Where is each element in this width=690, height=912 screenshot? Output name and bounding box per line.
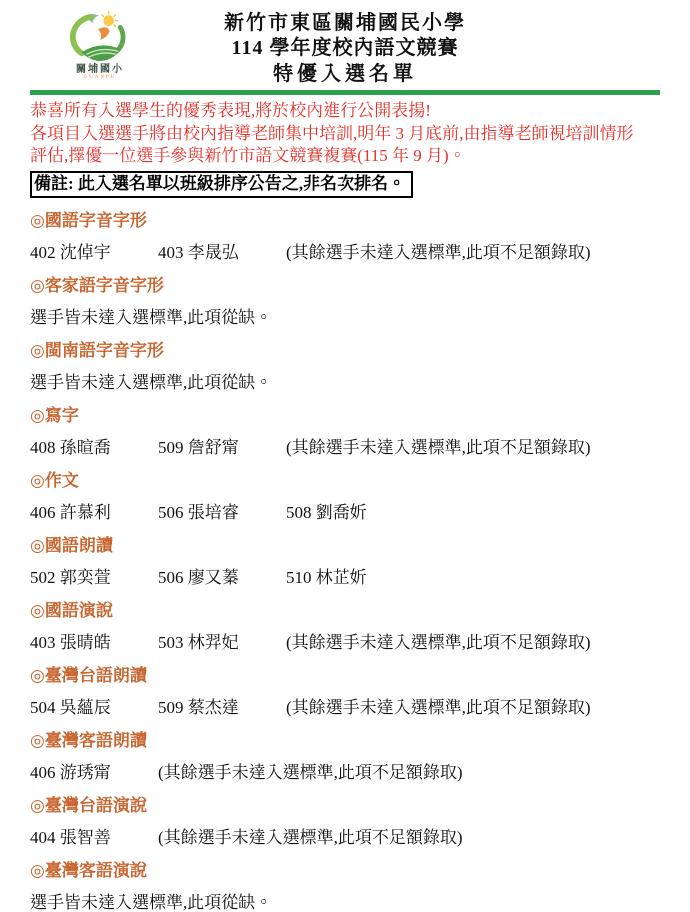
entry-class-number: 508 xyxy=(286,503,312,522)
document-header: 關埔國小 GUANPU 新竹市東區關埔國民小學 114 學年度校內語文競賽 特優… xyxy=(30,0,660,88)
section-vacant-text: 選手皆未達入選標準,此項從缺。 xyxy=(30,893,272,912)
entry-student-name: 劉喬妡 xyxy=(316,503,367,522)
section-result-row: 408 孫暄喬509 詹舒甯(其餘選手未達入選標準,此項不足額錄取) xyxy=(30,438,660,458)
section-result-row: 選手皆未達入選標準,此項從缺。 xyxy=(30,373,660,393)
entry-class-number: 402 xyxy=(30,243,56,262)
competition-section: ◎臺灣台語朗讀504 吳蘊辰509 蔡杰達(其餘選手未達入選標準,此項不足額錄取… xyxy=(30,666,660,718)
student-entry: 509 詹舒甯 xyxy=(158,438,286,458)
school-logo-icon xyxy=(48,10,152,64)
entry-class-number: 509 xyxy=(158,438,184,457)
section-remark: (其餘選手未達入選標準,此項不足額錄取) xyxy=(158,828,463,847)
competition-section: ◎臺灣客語演說選手皆未達入選標準,此項從缺。 xyxy=(30,861,660,912)
competition-section: ◎國語字音字形402 沈倬宇403 李晟弘(其餘選手未達入選標準,此項不足額錄取… xyxy=(30,211,660,263)
section-title: ◎作文 xyxy=(30,471,660,491)
section-title: ◎臺灣台語朗讀 xyxy=(30,666,660,686)
student-entry: 403 張晴皓 xyxy=(30,633,158,653)
entry-student-name: 蔡杰達 xyxy=(188,698,239,717)
entry-student-name: 張晴皓 xyxy=(60,633,111,652)
competition-section: ◎臺灣台語演說404 張智善(其餘選手未達入選標準,此項不足額錄取) xyxy=(30,796,660,848)
entry-class-number: 404 xyxy=(30,828,56,847)
entry-student-name: 廖又蓁 xyxy=(188,568,239,587)
section-result-row: 406 許慕利506 張培睿508 劉喬妡 xyxy=(30,503,660,523)
note-box: 備註: 此入選名單以班級排序公告之,非名次排名。 xyxy=(30,171,413,198)
entry-student-name: 李晟弘 xyxy=(188,243,239,262)
entry-class-number: 504 xyxy=(30,698,56,717)
entry-class-number: 506 xyxy=(158,568,184,587)
entry-class-number: 510 xyxy=(286,568,312,587)
student-entry: 503 林羿妃 xyxy=(158,633,286,653)
student-entry: 504 吳蘊辰 xyxy=(30,698,158,718)
section-result-row: 403 張晴皓503 林羿妃(其餘選手未達入選標準,此項不足額錄取) xyxy=(30,633,660,653)
competition-section: ◎臺灣客語朗讀406 游琇甯(其餘選手未達入選標準,此項不足額錄取) xyxy=(30,731,660,783)
school-logo-romanization: GUANPU xyxy=(48,75,152,81)
entry-class-number: 502 xyxy=(30,568,56,587)
section-result-row: 504 吳蘊辰509 蔡杰達(其餘選手未達入選標準,此項不足額錄取) xyxy=(30,698,660,718)
section-result-row: 選手皆未達入選標準,此項從缺。 xyxy=(30,308,660,328)
section-result-row: 402 沈倬宇403 李晟弘(其餘選手未達入選標準,此項不足額錄取) xyxy=(30,243,660,263)
entry-class-number: 406 xyxy=(30,763,56,782)
entry-student-name: 張培睿 xyxy=(188,503,239,522)
section-title: ◎國語字音字形 xyxy=(30,211,660,231)
competition-section: ◎寫字408 孫暄喬509 詹舒甯(其餘選手未達入選標準,此項不足額錄取) xyxy=(30,406,660,458)
document-page: 關埔國小 GUANPU 新竹市東區關埔國民小學 114 學年度校內語文競賽 特優… xyxy=(30,0,660,912)
school-logo: 關埔國小 GUANPU xyxy=(48,10,152,81)
entry-student-name: 許慕利 xyxy=(60,503,111,522)
entry-class-number: 406 xyxy=(30,503,56,522)
student-entry: 402 沈倬宇 xyxy=(30,243,158,263)
announcement-line: 評估,擇優一位選手參與新竹市語文競賽複賽(115 年 9 月)。 xyxy=(30,145,660,168)
student-entry: 510 林芷妡 xyxy=(286,568,414,588)
section-result-row: 404 張智善(其餘選手未達入選標準,此項不足額錄取) xyxy=(30,828,660,848)
entry-class-number: 403 xyxy=(158,243,184,262)
section-title: ◎臺灣客語演說 xyxy=(30,861,660,881)
student-entry: 508 劉喬妡 xyxy=(286,503,414,523)
section-remark: (其餘選手未達入選標準,此項不足額錄取) xyxy=(286,438,591,457)
school-logo-name: 關埔國小 xyxy=(48,64,152,75)
competition-section: ◎國語演說403 張晴皓503 林羿妃(其餘選手未達入選標準,此項不足額錄取) xyxy=(30,601,660,653)
entry-class-number: 506 xyxy=(158,503,184,522)
section-title: ◎寫字 xyxy=(30,406,660,426)
sections: ◎國語字音字形402 沈倬宇403 李晟弘(其餘選手未達入選標準,此項不足額錄取… xyxy=(30,211,660,912)
student-entry: 403 李晟弘 xyxy=(158,243,286,263)
student-entry: 502 郭奕萱 xyxy=(30,568,158,588)
section-result-row: 選手皆未達入選標準,此項從缺。 xyxy=(30,893,660,912)
section-remark: (其餘選手未達入選標準,此項不足額錄取) xyxy=(158,763,463,782)
announcement-line: 各項目入選選手將由校內指導老師集中培訓,明年 3 月底前,由指導老師視培訓情形 xyxy=(30,123,660,146)
section-title: ◎國語演說 xyxy=(30,601,660,621)
entry-student-name: 張智善 xyxy=(60,828,111,847)
section-vacant-text: 選手皆未達入選標準,此項從缺。 xyxy=(30,373,272,392)
entry-student-name: 郭奕萱 xyxy=(60,568,111,587)
entry-student-name: 詹舒甯 xyxy=(188,438,239,457)
green-divider xyxy=(30,90,660,95)
competition-section: ◎閩南語字音字形選手皆未達入選標準,此項從缺。 xyxy=(30,341,660,393)
section-title: ◎閩南語字音字形 xyxy=(30,341,660,361)
section-title: ◎客家語字音字形 xyxy=(30,276,660,296)
student-entry: 408 孫暄喬 xyxy=(30,438,158,458)
announcement-line: 恭喜所有入選學生的優秀表現,將於校內進行公開表揚! xyxy=(30,100,660,123)
competition-section: ◎國語朗讀502 郭奕萱506 廖又蓁510 林芷妡 xyxy=(30,536,660,588)
competition-section: ◎作文406 許慕利506 張培睿508 劉喬妡 xyxy=(30,471,660,523)
entry-student-name: 林芷妡 xyxy=(316,568,367,587)
section-title: ◎臺灣客語朗讀 xyxy=(30,731,660,751)
student-entry: 406 游琇甯 xyxy=(30,763,158,783)
section-result-row: 406 游琇甯(其餘選手未達入選標準,此項不足額錄取) xyxy=(30,763,660,783)
entry-student-name: 孫暄喬 xyxy=(60,438,111,457)
entry-student-name: 游琇甯 xyxy=(60,763,111,782)
section-title: ◎臺灣台語演說 xyxy=(30,796,660,816)
section-remark: (其餘選手未達入選標準,此項不足額錄取) xyxy=(286,633,591,652)
entry-student-name: 林羿妃 xyxy=(188,633,239,652)
student-entry: 506 廖又蓁 xyxy=(158,568,286,588)
entry-class-number: 509 xyxy=(158,698,184,717)
section-remark: (其餘選手未達入選標準,此項不足額錄取) xyxy=(286,243,591,262)
student-entry: 406 許慕利 xyxy=(30,503,158,523)
competition-section: ◎客家語字音字形選手皆未達入選標準,此項從缺。 xyxy=(30,276,660,328)
section-title: ◎國語朗讀 xyxy=(30,536,660,556)
entry-student-name: 沈倬宇 xyxy=(60,243,111,262)
student-entry: 404 張智善 xyxy=(30,828,158,848)
section-result-row: 502 郭奕萱506 廖又蓁510 林芷妡 xyxy=(30,568,660,588)
section-vacant-text: 選手皆未達入選標準,此項從缺。 xyxy=(30,308,272,327)
student-entry: 509 蔡杰達 xyxy=(158,698,286,718)
entry-class-number: 408 xyxy=(30,438,56,457)
announcement-text: 恭喜所有入選學生的優秀表現,將於校內進行公開表揚! 各項目入選選手將由校內指導老… xyxy=(30,100,660,168)
entry-class-number: 403 xyxy=(30,633,56,652)
student-entry: 506 張培睿 xyxy=(158,503,286,523)
section-remark: (其餘選手未達入選標準,此項不足額錄取) xyxy=(286,698,591,717)
entry-class-number: 503 xyxy=(158,633,184,652)
entry-student-name: 吳蘊辰 xyxy=(60,698,111,717)
